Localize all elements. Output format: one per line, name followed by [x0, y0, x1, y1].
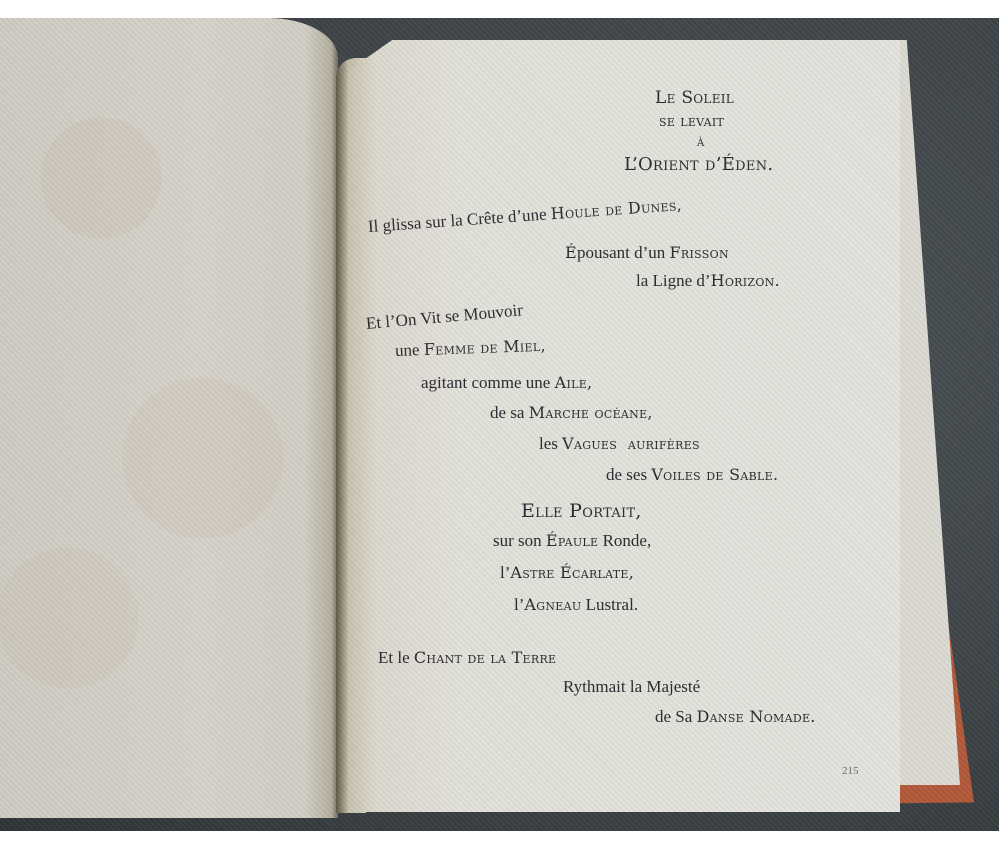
poem-line: Rythmait la Majesté: [563, 678, 700, 695]
poem-emphasis: É: [565, 243, 577, 262]
poem-line: de Sa Danse Nomade.: [655, 708, 816, 725]
poem-text: de ses: [606, 465, 651, 484]
photo: Le Soleil se levait à L’Orient d’Éden. I…: [0, 18, 999, 831]
poem-line: agitant comme une Aile,: [421, 374, 592, 391]
poem-emphasis: Danse Nomade.: [697, 707, 816, 726]
poem-line: Le Soleil: [655, 90, 734, 107]
poem-text: l’: [514, 595, 524, 614]
poem-line: Épousant d’un Frisson: [565, 244, 729, 261]
poem-emphasis: Chant de la Terre: [414, 648, 557, 667]
poem-text: la Ligne d’: [636, 271, 711, 290]
poem-emphasis: Voiles de Sable.: [651, 465, 778, 484]
poem-text: l’: [500, 563, 510, 582]
poem-text: une: [395, 340, 424, 360]
poem-line: L’Orient d’Éden.: [624, 156, 773, 174]
poem-emphasis: Marche océane,: [529, 403, 653, 422]
poem-line: la Ligne d’Horizon.: [636, 272, 780, 289]
page-number: 215: [842, 765, 859, 777]
poem-text: les: [539, 434, 562, 453]
poem-text: Rythmait la Majesté: [563, 677, 700, 696]
poem-line: de ses Voiles de Sable.: [606, 466, 778, 483]
poem-emphasis: Horizon.: [711, 271, 780, 290]
poem-text: Et le: [378, 648, 414, 667]
poem-text: agitant comme une: [421, 373, 555, 392]
poem-text: pousant d’un: [577, 243, 670, 262]
left-page-blank: [0, 18, 338, 818]
poem-text: de Sa: [655, 707, 697, 726]
poem-line: l’Agneau Lustral.: [514, 596, 638, 613]
poem-emphasis: Vagues aurifères: [562, 434, 700, 453]
poem-line: de sa Marche océane,: [490, 404, 653, 421]
poem-line: se levait: [659, 114, 724, 129]
poem-line: Elle Portait,: [521, 502, 642, 521]
poem-emphasis: Aile,: [555, 373, 593, 392]
poem-line: sur son Épaule Ronde,: [493, 532, 651, 549]
poem-text: sur son: [493, 531, 546, 550]
poem-emphasis: Agneau: [524, 595, 581, 614]
poem-text: Lustral.: [581, 595, 638, 614]
poem-text: de sa: [490, 403, 529, 422]
poem-emphasis: Épaule: [546, 531, 598, 550]
poem-line: à: [697, 135, 705, 149]
poem-line: l’Astre Écarlate,: [500, 564, 634, 581]
poem-emphasis: Astre Écarlate,: [510, 563, 634, 582]
poem-text: Ronde,: [598, 531, 651, 550]
poem-line: les Vagues aurifères: [539, 435, 700, 452]
poem-line: Et le Chant de la Terre: [378, 649, 556, 666]
poem-emphasis: Frisson: [670, 243, 729, 262]
